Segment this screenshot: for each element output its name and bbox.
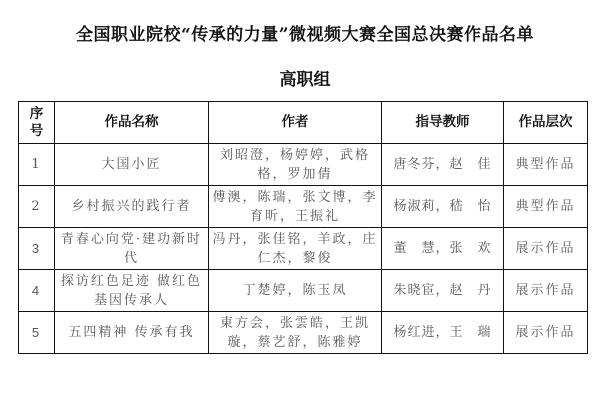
- table-row: 2 乡村振兴的践行者 傅澳，陈瑞，张文博，李育昕，王振礼 杨淑莉，嵇 怡 典型作…: [19, 186, 588, 228]
- row-index: 4: [19, 270, 55, 312]
- row-authors: 冯丹，张佳铭，羊政，庄仁杰，黎俊: [209, 228, 382, 270]
- row-authors: 丁楚婷，陈玉凤: [209, 270, 382, 312]
- header-index: 序号: [19, 102, 55, 144]
- row-index: 3: [19, 228, 55, 270]
- row-work-title: 探访红色足迹 做红色基因传承人: [55, 270, 209, 312]
- header-index-label: 序号: [29, 106, 45, 140]
- table-row: 4 探访红色足迹 做红色基因传承人 丁楚婷，陈玉凤 朱晓宦，赵 丹 展示作品: [19, 270, 588, 312]
- row-level: 展示作品: [504, 312, 588, 354]
- document-subtitle: 高职组: [0, 65, 610, 90]
- row-level: 典型作品: [504, 186, 588, 228]
- header-work-title: 作品名称: [55, 102, 209, 144]
- table-row: 3 青春心向党·建功新时代 冯丹，张佳铭，羊政，庄仁杰，黎俊 董 慧，张 欢 展…: [19, 228, 588, 270]
- row-authors: 東方会，张雲皓，王凯璇，蔡艺舒，陈雅婷: [209, 312, 382, 354]
- row-level: 展示作品: [504, 228, 588, 270]
- row-advisors: 董 慧，张 欢: [382, 228, 504, 270]
- works-table: 序号 作品名称 作者 指导教师 作品层次 1 大国小匠 刘昭澄，杨婷婷，武格格，…: [18, 101, 588, 354]
- row-index: 2: [19, 186, 55, 228]
- row-work-title: 青春心向党·建功新时代: [55, 228, 209, 270]
- document-title: 全国职业院校“传承的力量”微视频大赛全国总决赛作品名单: [0, 20, 610, 45]
- row-advisors: 杨红进，王 瑞: [382, 312, 504, 354]
- row-work-title: 五四精神 传承有我: [55, 312, 209, 354]
- header-level: 作品层次: [504, 102, 588, 144]
- row-index: 5: [19, 312, 55, 354]
- row-advisors: 杨淑莉，嵇 怡: [382, 186, 504, 228]
- row-authors: 刘昭澄，杨婷婷，武格格，罗加倩: [209, 144, 382, 186]
- row-advisors: 唐冬芬，赵 佳: [382, 144, 504, 186]
- table-row: 1 大国小匠 刘昭澄，杨婷婷，武格格，罗加倩 唐冬芬，赵 佳 典型作品: [19, 144, 588, 186]
- row-level: 典型作品: [504, 144, 588, 186]
- header-authors: 作者: [209, 102, 382, 144]
- row-work-title: 大国小匠: [55, 144, 209, 186]
- table-header-row: 序号 作品名称 作者 指导教师 作品层次: [19, 102, 588, 144]
- table-row: 5 五四精神 传承有我 東方会，张雲皓，王凯璇，蔡艺舒，陈雅婷 杨红进，王 瑞 …: [19, 312, 588, 354]
- row-index: 1: [19, 144, 55, 186]
- header-advisors: 指导教师: [382, 102, 504, 144]
- row-work-title: 乡村振兴的践行者: [55, 186, 209, 228]
- row-level: 展示作品: [504, 270, 588, 312]
- row-authors: 傅澳，陈瑞，张文博，李育昕，王振礼: [209, 186, 382, 228]
- row-advisors: 朱晓宦，赵 丹: [382, 270, 504, 312]
